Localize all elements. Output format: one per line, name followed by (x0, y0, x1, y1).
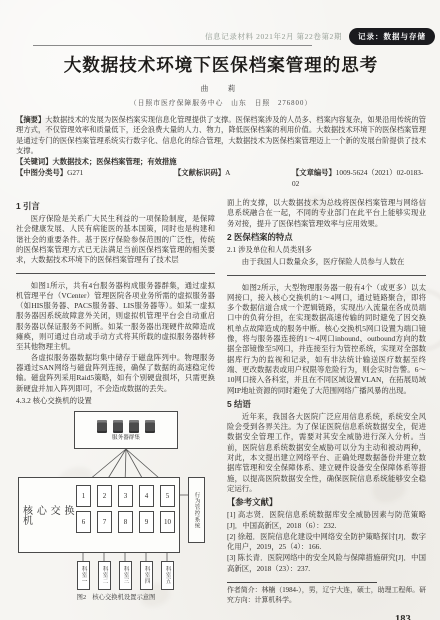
figure-caption: 图2 核心交换机设置示意图 (16, 593, 216, 603)
reference-item: [3] 陈长青．医院网络中的安全风险与保障措施研究[J]．中国高新区，2018（… (227, 553, 426, 574)
figure-core-switch-diagram: 服务器群集 核心交换机 1 2 3 4 5 6 7 8 9 10 行为管控系统 (16, 411, 216, 605)
paragraph-21: 由于我国人口数量众多，医疗保险人员参与人数在 (227, 257, 426, 267)
port-box-4: 4 (139, 485, 154, 507)
paragraph-san-storage: 各虚拟服务器数据均集中储存于磁盘阵列中。物理服务器通过SAN网络与磁盘阵列连接，… (16, 353, 215, 394)
behavior-control-label: 行为管控系统 (194, 492, 200, 529)
journal-issue-line: 信息记录材料 2021年2月 第22卷第2期 (205, 31, 342, 42)
section-heading-conclusion: 5 结语 (227, 399, 426, 410)
section-badge: 记录：数据与存储 (349, 28, 435, 45)
port-box-10: 10 (160, 511, 175, 533)
department-box-5: 科室五 (161, 561, 174, 590)
port-box-1: 1 (76, 485, 91, 507)
right-column: 面上的支撑，以大数据技术为总线将医保档案管理与网络信息系统融合在一起，不同的专业… (227, 198, 426, 620)
port-box-8: 8 (118, 511, 133, 533)
keywords-label: 【关键词】 (16, 157, 52, 166)
department-box-3: 科室三 (119, 561, 132, 590)
department-box-4: 科室四 (140, 561, 153, 590)
author-affiliation: （日照市医疗保障服务中心 山东 日照 276800） (16, 97, 426, 107)
paragraph-conclusion: 近年来，我国各大医院广泛应用信息系统，系统安全风险会受到各界关注。为了保证医院信… (227, 412, 426, 494)
port-box-3: 3 (118, 485, 133, 507)
abstract-label: 【摘要】 (16, 115, 45, 124)
paragraph-figure2: 如图2所示，大型物理服务器一般有4个（或更多）以太网接口，接入核心交换机的1～4… (227, 283, 426, 396)
clc-number: 【中图分类号】G271 (16, 168, 174, 189)
port-box-6: 6 (76, 511, 91, 533)
paragraph-figure1: 如图1所示，共有4台服务器构成服务器群集，通过虚拟机管理平台（VCenter）管… (16, 281, 215, 353)
page-number: 183 (395, 615, 426, 620)
section-heading-core-switch: 4.3.2 核心交换机的设置 (16, 396, 215, 406)
abstract-block: 【摘要】大数据技术的发展为医保档案实现信息化管理提供了支撑。医保档案涉及的人员多… (16, 115, 426, 156)
article-id: 【文章编号】1009-5624（2021）02-0183-02 (292, 168, 426, 189)
keywords-text: 大数据技术；医保档案管理；有效措施 (52, 157, 176, 166)
department-box-2: 科室二 (98, 561, 111, 590)
port-box-7: 7 (97, 511, 112, 533)
server-icon (97, 420, 107, 433)
keywords-line: 【关键词】大数据技术；医保档案管理；有效措施 (16, 157, 426, 167)
footnote-rule (227, 582, 377, 583)
subsection-heading-21: 2.1 涉及单位和人员类别多 (227, 245, 426, 255)
article-meta-line: 【中图分类号】G271 【文献标识码】A 【文章编号】1009-5624（202… (16, 168, 426, 189)
abstract-text: 大数据技术的发展为医保档案实现信息化管理提供了支撑。医保档案涉及的人员多、档案内… (16, 115, 426, 155)
section-heading-introduction: 1 引言 (16, 201, 215, 212)
paper-page: 信息记录材料 2021年2月 第22卷第2期 记录：数据与存储 大数据技术环境下… (0, 0, 440, 620)
references-heading: 【参考文献】 (227, 497, 426, 508)
paragraph-continuation: 面上的支撑，以大数据技术为总线将医保档案管理与网络信息系统融合在一起，不同的专业… (227, 198, 426, 229)
author-name: 曲 莉 (16, 83, 426, 94)
server-cluster-box: 服务器群集 (74, 411, 178, 449)
port-box-9: 9 (139, 511, 154, 533)
server-icon (145, 420, 155, 433)
server-icon (113, 420, 123, 433)
paragraph-introduction: 医疗保险是关系广大民生利益的一项保险制度，是保障社会健康发展、人民有病能医的基本… (16, 214, 215, 265)
reference-item: [1] 高志贤．医院信息系统数据库安全威胁因素与防范策略[J]．中国高新区，20… (227, 510, 426, 531)
server-cluster-label: 服务器群集 (112, 435, 140, 441)
server-icons-row (97, 420, 155, 433)
document-code: 【文献标识码】A (174, 168, 292, 189)
core-switch-label: 核心交换机 (23, 507, 75, 528)
reference-item: [2] 徐超．医院信息化建设中网络安全防护策略探讨[J]．数字化用户，2019，… (227, 532, 426, 553)
behavior-control-box: 行为管控系统 (188, 477, 205, 543)
page-header: 信息记录材料 2021年2月 第22卷第2期 记录：数据与存储 (0, 28, 435, 45)
left-column: 1 引言 医疗保险是关系广大民生利益的一项保险制度，是保障社会健康发展、人民有病… (16, 198, 215, 620)
department-box-1: 科室一 (77, 561, 90, 590)
section-heading-features: 2 医保档案的特点 (227, 232, 426, 243)
port-box-5: 5 (160, 485, 175, 507)
column-divider (16, 273, 215, 274)
server-icon (129, 420, 139, 433)
port-box-2: 2 (97, 485, 112, 507)
author-bio: 作者简介：林楠（1984-），男，辽宁大连，硕士，助理工程师。研究方向：计算机科… (227, 586, 426, 605)
paper-title: 大数据技术环境下医保档案管理的思考 (16, 52, 426, 77)
column-divider (227, 275, 426, 276)
